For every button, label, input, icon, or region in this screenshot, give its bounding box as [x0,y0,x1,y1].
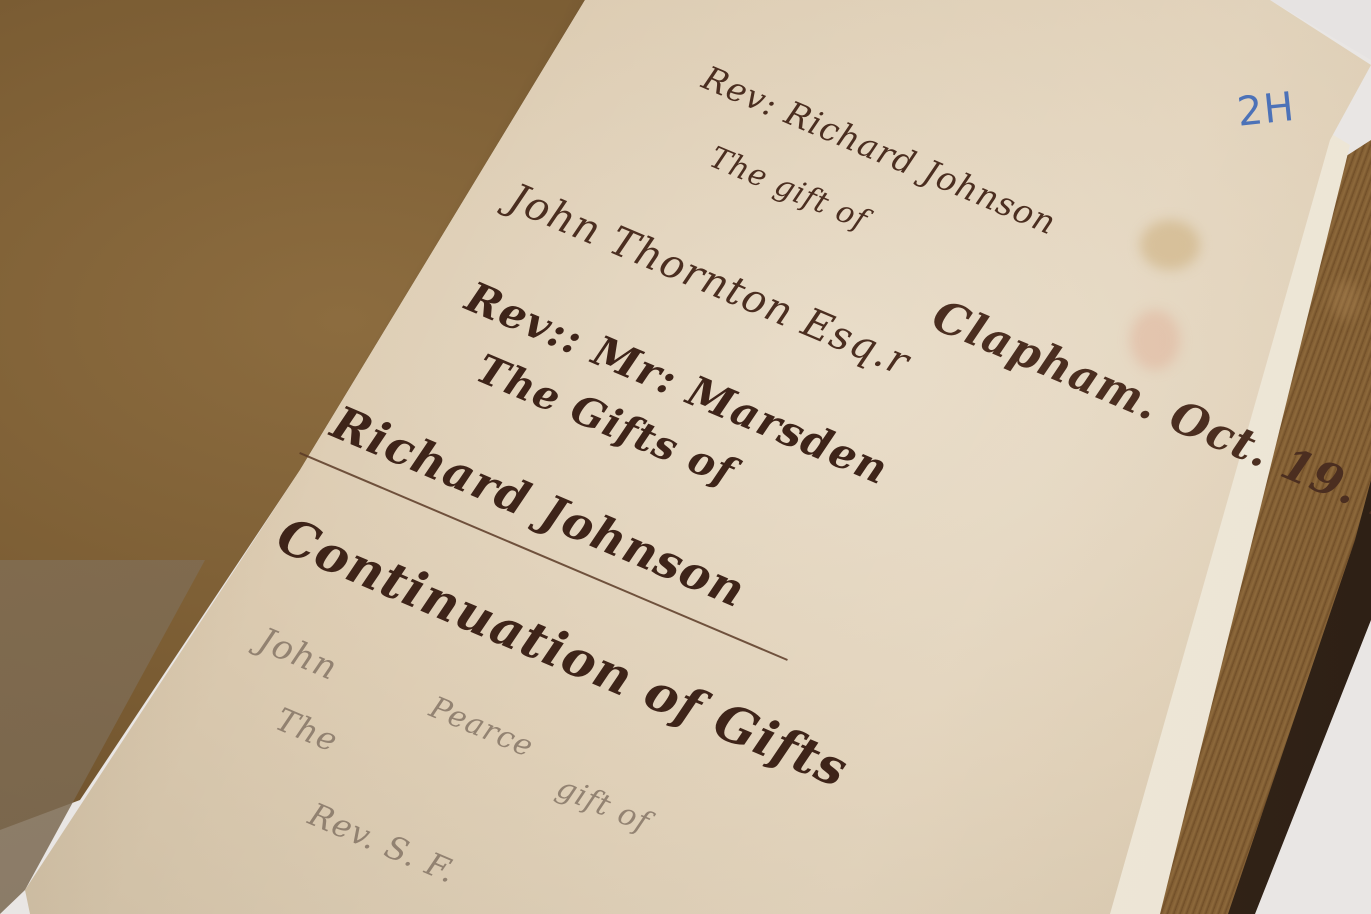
foxing-stain [1140,220,1200,270]
book-photo: 2H Rev: Richard Johnson The gift of John… [0,0,1371,914]
foxing-stain [1130,310,1180,370]
shelfmark: 2H [1235,84,1297,136]
foxing-stain [1330,280,1360,320]
